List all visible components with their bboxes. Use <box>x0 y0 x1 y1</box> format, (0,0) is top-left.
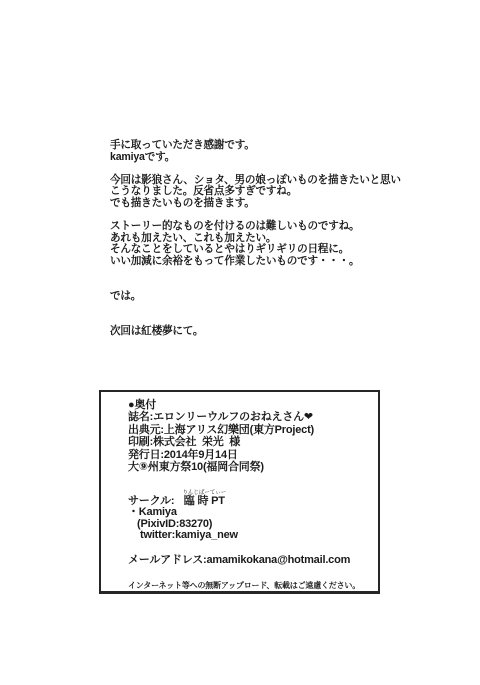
colophon-source-line: 出典元:上海アリス幻樂団(東方Project) <box>128 424 370 436</box>
afterword-line: でも描きたいものを描きます。 <box>110 198 401 210</box>
afterword-line-blank <box>110 268 401 280</box>
circle-name: 臨時PTりんじぱーてぃー <box>182 490 226 507</box>
colophon-heading: ●奥付 <box>128 399 370 411</box>
circle-furigana: りんじぱーてぃー <box>182 490 226 496</box>
circle-name-text: 臨時PT <box>182 495 226 507</box>
afterword-line: 手に取っていただき感謝です。 <box>110 140 401 152</box>
afterword-line-blank <box>110 279 401 291</box>
afterword-line: いい加減に余裕をもって作業したいものです・・・。 <box>110 256 401 268</box>
colophon-event-line: 大⑨州東方祭10(福岡合同祭) <box>128 461 370 473</box>
afterword-line: 次回は紅楼夢にて。 <box>110 326 401 338</box>
colophon-printer-line: 印刷:株式会社 栄光 様 <box>128 436 370 448</box>
email-line: メールアドレス:amamikokana@hotmail.com <box>128 554 370 567</box>
afterword-line: kamiyaです。 <box>110 152 401 164</box>
afterword-line-blank <box>110 302 401 314</box>
afterword-text-block: 手に取っていただき感謝です。 kamiyaです。 今回は影狼さん、ショタ、男の娘… <box>110 140 401 337</box>
colophon-box: ●奥付 誌名:エロンリーウルフのおねえさん❤ 出典元:上海アリス幻樂団(東方Pr… <box>99 390 380 594</box>
afterword-line-blank <box>110 314 401 326</box>
circle-member-twitter: twitter:kamiya_new <box>128 530 370 541</box>
afterword-page: 手に取っていただき感謝です。 kamiyaです。 今回は影狼さん、ショタ、男の娘… <box>0 0 480 685</box>
disclaimer-note: インターネット等への無断アップロード、転載はご遠慮ください。 <box>128 581 370 590</box>
afterword-line: では。 <box>110 291 401 303</box>
colophon-date-line: 発行日:2014年9月14日 <box>128 449 370 461</box>
colophon-title-line: 誌名:エロンリーウルフのおねえさん❤ <box>128 411 370 423</box>
afterword-line: ストーリー的なものを付けるのは難しいものですね。 <box>110 221 401 233</box>
circle-row: サークル: 臨時PTりんじぱーてぃー <box>128 488 370 507</box>
